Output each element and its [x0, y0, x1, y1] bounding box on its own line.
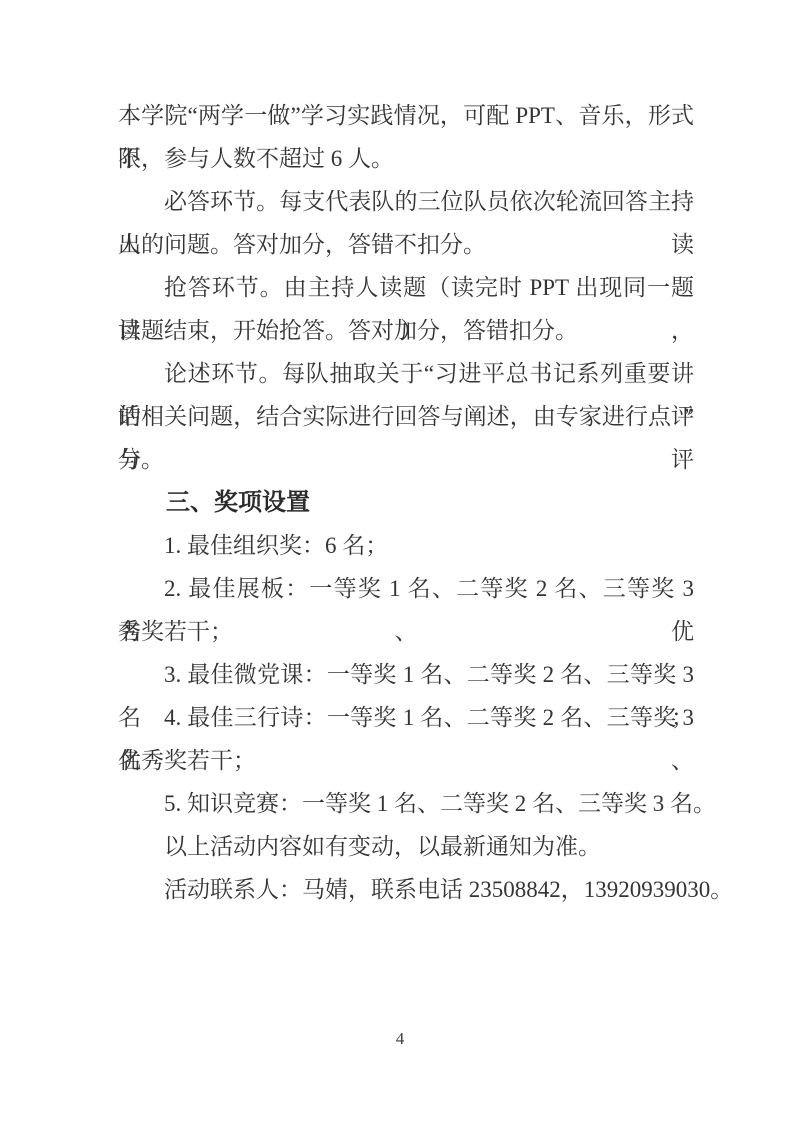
text-line: 抢答环节。由主持人读题（读完时 PPT 出现同一题目）， — [118, 266, 694, 309]
text-line: 4. 最佳三行诗：一等奖 1 名、二等奖 2 名、三等奖 3 名、 — [118, 696, 694, 739]
text-line: 必答环节。每支代表队的三位队员依次轮流回答主持人读 — [118, 180, 694, 223]
text-line: 限，参与人数不超过 6 人。 — [118, 137, 694, 180]
section-heading-awards: 三、奖项设置 — [118, 481, 694, 524]
document-page: 本学院“两学一做”学习实践情况，可配 PPT、音乐，形式不 限，参与人数不超过 … — [0, 0, 800, 1131]
text-line: 3. 最佳微党课：一等奖 1 名、二等奖 2 名、三等奖 3 名； — [118, 653, 694, 696]
text-line: 本学院“两学一做”学习实践情况，可配 PPT、音乐，形式不 — [118, 94, 694, 137]
text-line: 5. 知识竞赛：一等奖 1 名、二等奖 2 名、三等奖 3 名。 — [118, 782, 694, 825]
contact-line: 活动联系人：马婧，联系电话 23508842，13920939030。 — [118, 868, 694, 911]
text-line: 以上活动内容如有变动，以最新通知为准。 — [118, 825, 694, 868]
text-line: 2. 最佳展板：一等奖 1 名、二等奖 2 名、三等奖 3 名、优 — [118, 567, 694, 610]
document-body: 本学院“两学一做”学习实践情况，可配 PPT、音乐，形式不 限，参与人数不超过 … — [118, 94, 694, 911]
page-number: 4 — [0, 1029, 800, 1049]
text-line: 论述环节。每队抽取关于“习进平总书记系列重要讲话” — [118, 352, 694, 395]
text-line: 1. 最佳组织奖：6 名； — [118, 524, 694, 567]
text-line: 的相关问题，结合实际进行回答与阐述，由专家进行点评与评 — [118, 395, 694, 438]
